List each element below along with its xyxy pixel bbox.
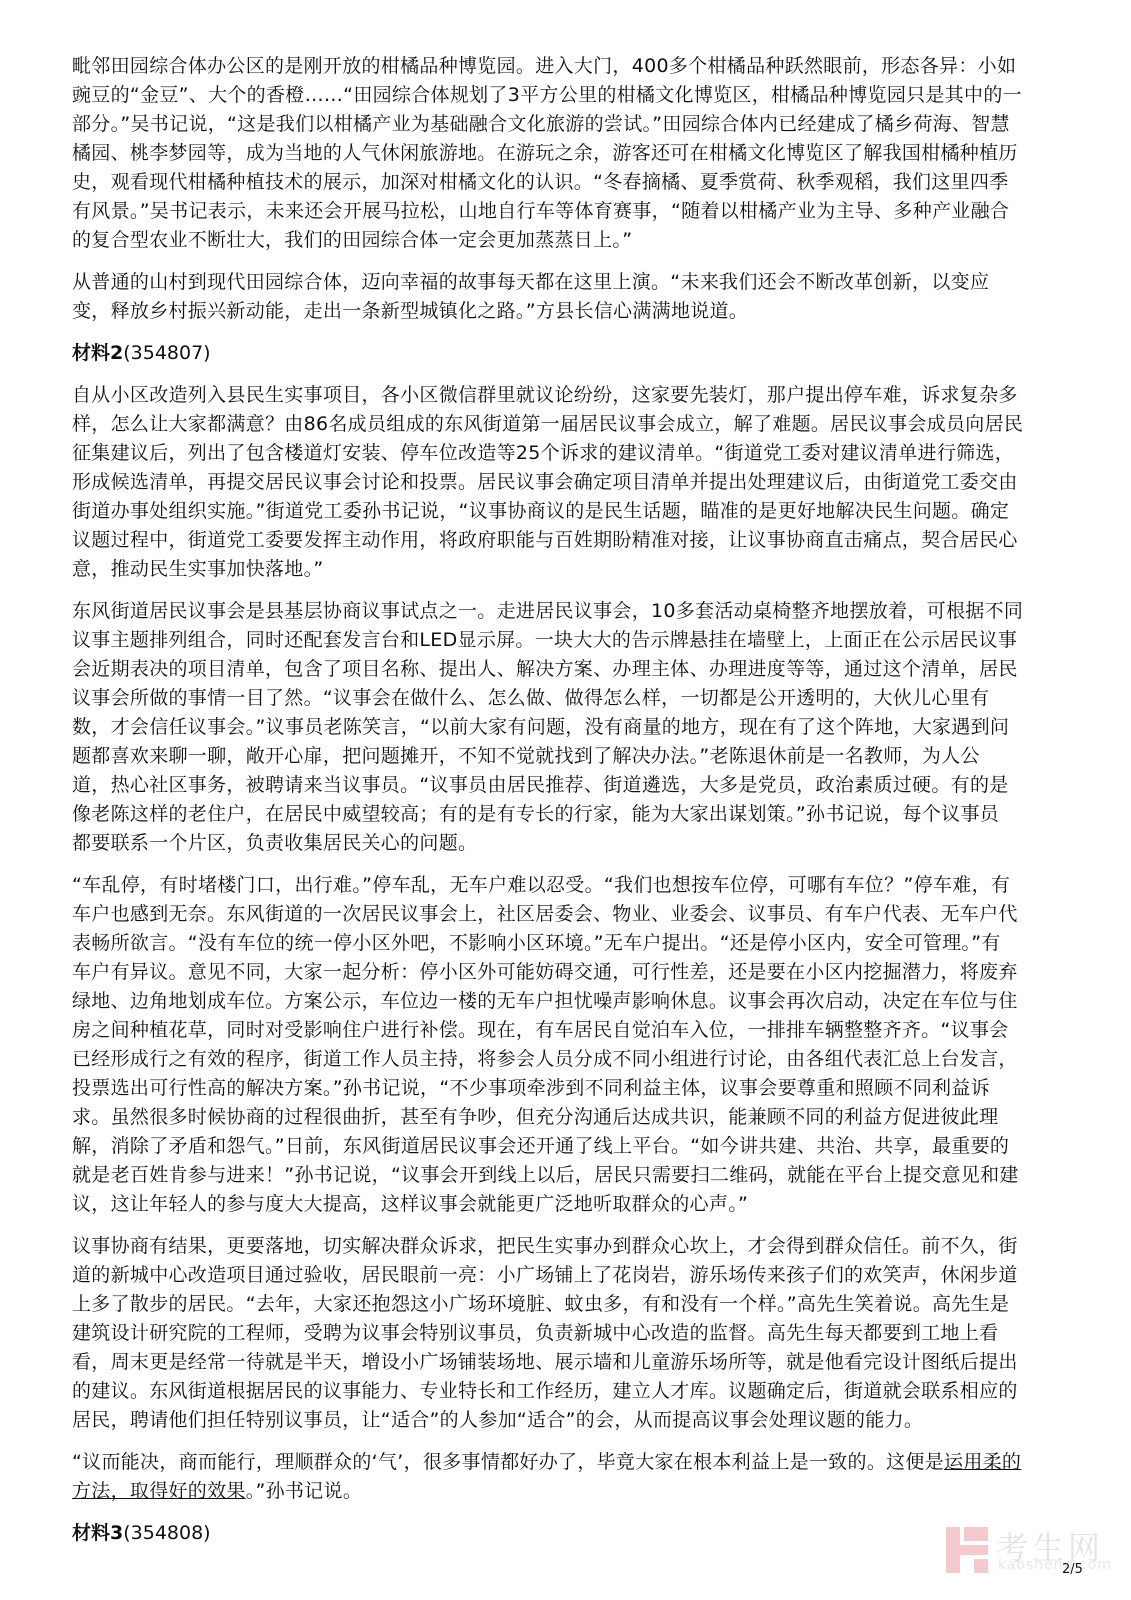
- text-line: 已经形成行之有效的程序，街道工作人员主持，将参会人员分成不同小组进行讨论，由各组…: [72, 1045, 1042, 1074]
- text-line: “车乱停，有时堵楼门口，出行难。”停车乱，无车户难以忍受。“我们也想按车位停，可…: [72, 871, 1042, 900]
- text-line: 的建议。东风街道根据居民的议事能力、专业特长和工作经历，建立人才库。议题确定后，…: [72, 1377, 1042, 1406]
- text-line: 车户也感到无奈。东风街道的一次居民议事会上，社区居委会、物业、业委会、议事员、有…: [72, 900, 1042, 929]
- text-line: 表畅所欲言。“没有车位的统一停小区外吧，不影响小区环境。”无车户提出。“还是停小…: [72, 929, 1042, 958]
- kaosheng-logo-icon: [946, 1527, 988, 1573]
- text-line: 会近期表决的项目清单，包含了项目名称、提出人、解决方案、办理主体、办理进度等等，…: [72, 655, 1042, 684]
- text-line: 议，这让年轻人的参与度大大提高，这样议事会就能更广泛地听取群众的心声。”: [72, 1190, 1042, 1219]
- material-2-heading: 材料2(354807): [72, 339, 1042, 368]
- paragraph-2: 从普通的山村到现代田园综合体，迈向幸福的故事每天都在这里上演。“未来我们还会不断…: [72, 268, 1042, 326]
- text-line: 题都喜欢来聊一聊，敞开心扉，把问题摊开，不知不觉就找到了解决办法。”老陈退休前是…: [72, 742, 1042, 771]
- text-line: 毗邻田园综合体办公区的是刚开放的柑橘品种博览园。进入大门，400多个柑橘品种跃然…: [72, 52, 1042, 81]
- text-line: 都要联系一个片区，负责收集居民关心的问题。: [72, 829, 1042, 858]
- text-line: 房之间种植花草，同时对受影响住户进行补偿。现在，有车居民自觉泊车入位，一排排车辆…: [72, 1016, 1042, 1045]
- text-line: 看，周末更是经常一待就是半天，增设小广场铺装场地、展示墙和儿童游乐场所等，就是他…: [72, 1348, 1042, 1377]
- text-line: 车户有异议。意见不同，大家一起分析：停小区外可能妨碍交通，可行性差，还是要在小区…: [72, 958, 1042, 987]
- text-line: 部分。”吴书记说，“这是我们以柑橘产业为基础融合文化旅游的尝试。”田园综合体内已…: [72, 110, 1042, 139]
- m2-paragraph-1: 自从小区改造列入县民生实事项目，各小区微信群里就议论纷纷，这家要先装灯，那户提出…: [72, 381, 1042, 584]
- m2-paragraph-2: 东风街道居民议事会是县基层协商议事试点之一。走进居民议事会，10多套活动桌椅整齐…: [72, 597, 1042, 858]
- m2-paragraph-3: “车乱停，有时堵楼门口，出行难。”停车乱，无车户难以忍受。“我们也想按车位停，可…: [72, 871, 1042, 1219]
- underlined-text: 方法，取得好的效果: [72, 1480, 246, 1502]
- text-line: 橘园、桃李梦园等，成为当地的人气休闲旅游地。在游玩之余，游客还可在柑橘文化博览区…: [72, 139, 1042, 168]
- paragraph-1: 毗邻田园综合体办公区的是刚开放的柑橘品种博览园。进入大门，400多个柑橘品种跃然…: [72, 52, 1042, 255]
- m2-paragraph-5: “议而能决，商而能行，理顺群众的‘气’，很多事情都好办了，毕竟大家在根本利益上是…: [72, 1448, 1042, 1506]
- text-line: 议事会所做的事情一目了然。“议事会在做什么、怎么做、做得怎么样，一切都是公开透明…: [72, 684, 1042, 713]
- text-line: 方法，取得好的效果。”孙书记说。: [72, 1477, 1042, 1506]
- text-line: 议事主题排列组合，同时还配套发言台和LED显示屏。一块大大的告示牌悬挂在墙壁上，…: [72, 626, 1042, 655]
- text-line: 上多了散步的居民。“去年，大家还抱怨这小广场环境脏、蚊虫多，有和没有一个样。”高…: [72, 1290, 1042, 1319]
- material-2-id: (354807): [123, 342, 210, 364]
- text-line: 变，释放乡村振兴新动能，走出一条新型城镇化之路。”方县长信心满满地说道。: [72, 297, 1042, 326]
- material-2-label: 材料2: [72, 342, 123, 364]
- text-line: 从普通的山村到现代田园综合体，迈向幸福的故事每天都在这里上演。“未来我们还会不断…: [72, 268, 1042, 297]
- text-line: 居民，聘请他们担任特别议事员，让“适合”的人参加“适合”的会，从而提高议事会处理…: [72, 1406, 1042, 1435]
- text-line: 建筑设计研究院的工程师，受聘为议事会特别议事员，负责新城中心改造的监督。高先生每…: [72, 1319, 1042, 1348]
- text-line: 求。虽然很多时候协商的过程很曲折，甚至有争吵，但充分沟通后达成共识，能兼顾不同的…: [72, 1103, 1042, 1132]
- text-line: 东风街道居民议事会是县基层协商议事试点之一。走进居民议事会，10多套活动桌椅整齐…: [72, 597, 1042, 626]
- text-line: 史，观看现代柑橘种植技术的展示，加深对柑橘文化的认识。“冬春摘橘、夏季赏荷、秋季…: [72, 168, 1042, 197]
- watermark-subtext: kaosheng.com: [998, 1557, 1112, 1573]
- text-line: 议事协商有结果，更要落地，切实解决群众诉求，把民生实事办到群众心坎上，才会得到群…: [72, 1232, 1042, 1261]
- text-line: 意，推动民生实事加快落地。”: [72, 555, 1042, 584]
- text-line: 就是老百姓肯参与进来！”孙书记说，“议事会开到线上以后，居民只需要扫二维码，就能…: [72, 1161, 1042, 1190]
- watermark-logo: 考生网 kaosheng.com: [946, 1527, 1131, 1587]
- text-line: 解，消除了矛盾和怨气。”日前，东风街道居民议事会还开通了线上平台。“如今讲共建、…: [72, 1132, 1042, 1161]
- material-3-label: 材料3: [72, 1522, 123, 1544]
- text-line: 数，才会信任议事会。”议事员老陈笑言，“以前大家有问题，没有商量的地方，现在有了…: [72, 713, 1042, 742]
- page-number: 2/5: [1062, 1562, 1083, 1577]
- text-line: 议题过程中，街道党工委要发挥主动作用，将政府职能与百姓期盼精准对接，让议事协商直…: [72, 526, 1042, 555]
- text-line: 道的新城中心改造项目通过验收，居民眼前一亮：小广场铺上了花岗岩，游乐场传来孩子们…: [72, 1261, 1042, 1290]
- text-line: 投票选出可行性高的解决方案。”孙书记说，“不少事项牵涉到不同利益主体，议事会要尊…: [72, 1074, 1042, 1103]
- text-line: “议而能决，商而能行，理顺群众的‘气’，很多事情都好办了，毕竟大家在根本利益上是…: [72, 1448, 1042, 1477]
- text-plain: “议而能决，商而能行，理顺群众的‘气’，很多事情都好办了，毕竟大家在根本利益上是…: [72, 1451, 944, 1473]
- text-plain: 。”孙书记说。: [246, 1480, 362, 1502]
- text-line: 街道办事处组织实施。”街道党工委孙书记说，“议事协商议的是民生话题，瞄准的是更好…: [72, 497, 1042, 526]
- text-line: 有风景。”吴书记表示，未来还会开展马拉松，山地自行车等体育赛事，“随着以柑橘产业…: [72, 197, 1042, 226]
- text-line: 形成候选清单，再提交居民议事会讨论和投票。居民议事会确定项目清单并提出处理建议后…: [72, 468, 1042, 497]
- text-line: 样，怎么让大家都满意？由86名成员组成的东风街道第一届居民议事会成立，解了难题。…: [72, 410, 1042, 439]
- text-line: 的复合型农业不断壮大，我们的田园综合体一定会更加蒸蒸日上。”: [72, 226, 1042, 255]
- material-3-id: (354808): [123, 1522, 210, 1544]
- text-line: 绿地、边角地划成车位。方案公示，车位边一楼的无车户担忧噪声影响休息。议事会再次启…: [72, 987, 1042, 1016]
- underlined-text: 运用柔的: [944, 1451, 1021, 1473]
- material-3-heading: 材料3(354808): [72, 1519, 1042, 1548]
- m2-paragraph-4: 议事协商有结果，更要落地，切实解决群众诉求，把民生实事办到群众心坎上，才会得到群…: [72, 1232, 1042, 1435]
- document-page: 毗邻田园综合体办公区的是刚开放的柑橘品种博览园。进入大门，400多个柑橘品种跃然…: [72, 52, 1042, 1561]
- text-line: 征集建议后，列出了包含楼道灯安装、停车位改造等25个诉求的建议清单。“街道党工委…: [72, 439, 1042, 468]
- text-line: 像老陈这样的老住户，在居民中威望较高；有的是有专长的行家，能为大家出谋划策。”孙…: [72, 800, 1042, 829]
- text-line: 道，热心社区事务，被聘请来当议事员。“议事员由居民推荐、街道遴选，大多是党员，政…: [72, 771, 1042, 800]
- text-line: 自从小区改造列入县民生实事项目，各小区微信群里就议论纷纷，这家要先装灯，那户提出…: [72, 381, 1042, 410]
- text-line: 豌豆的“金豆”、大个的香橙……“田园综合体规划了3平方公里的柑橘文化博览区，柑橘…: [72, 81, 1042, 110]
